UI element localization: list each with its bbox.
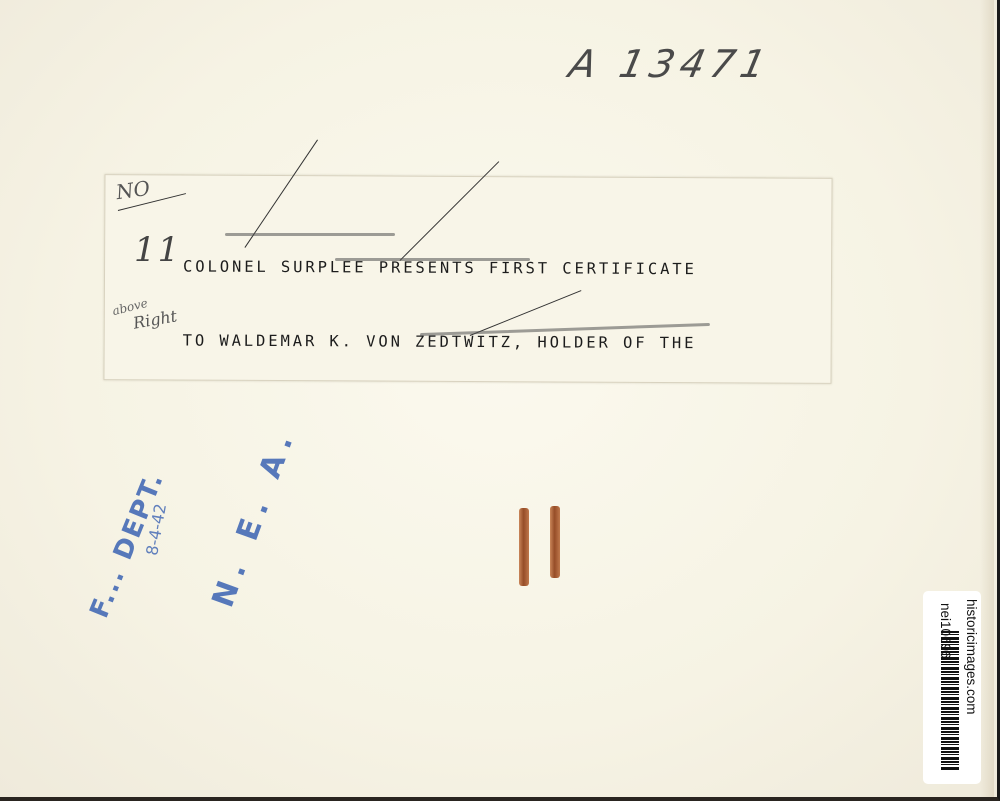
caption-slip: Colonel Surplee presents first certifica… — [103, 174, 832, 384]
catalog-number: A 13471 — [565, 42, 775, 86]
underline-zedtwitz — [335, 258, 530, 261]
barcode-label: historicimages.com nei10696 — [923, 591, 981, 784]
pencil-note-eleven: 11 — [134, 230, 181, 270]
barcode-id-text: nei10696 — [938, 603, 953, 659]
photo-back-sheet: A 13471 Colonel Surplee presents first c… — [0, 0, 1000, 801]
crayon-mark-right — [550, 506, 560, 578]
nea-dept-stamp: F... DEPT. 8-4-42 N. E. A. — [70, 420, 270, 650]
barcode-site-text: historicimages.com — [964, 599, 979, 779]
underline-surplee — [225, 233, 395, 236]
crayon-mark-left — [519, 508, 529, 586]
pencil-note-no: NO — [114, 176, 151, 204]
edge-shadow — [980, 0, 994, 797]
stamp-org: N. E. A. — [206, 423, 303, 612]
